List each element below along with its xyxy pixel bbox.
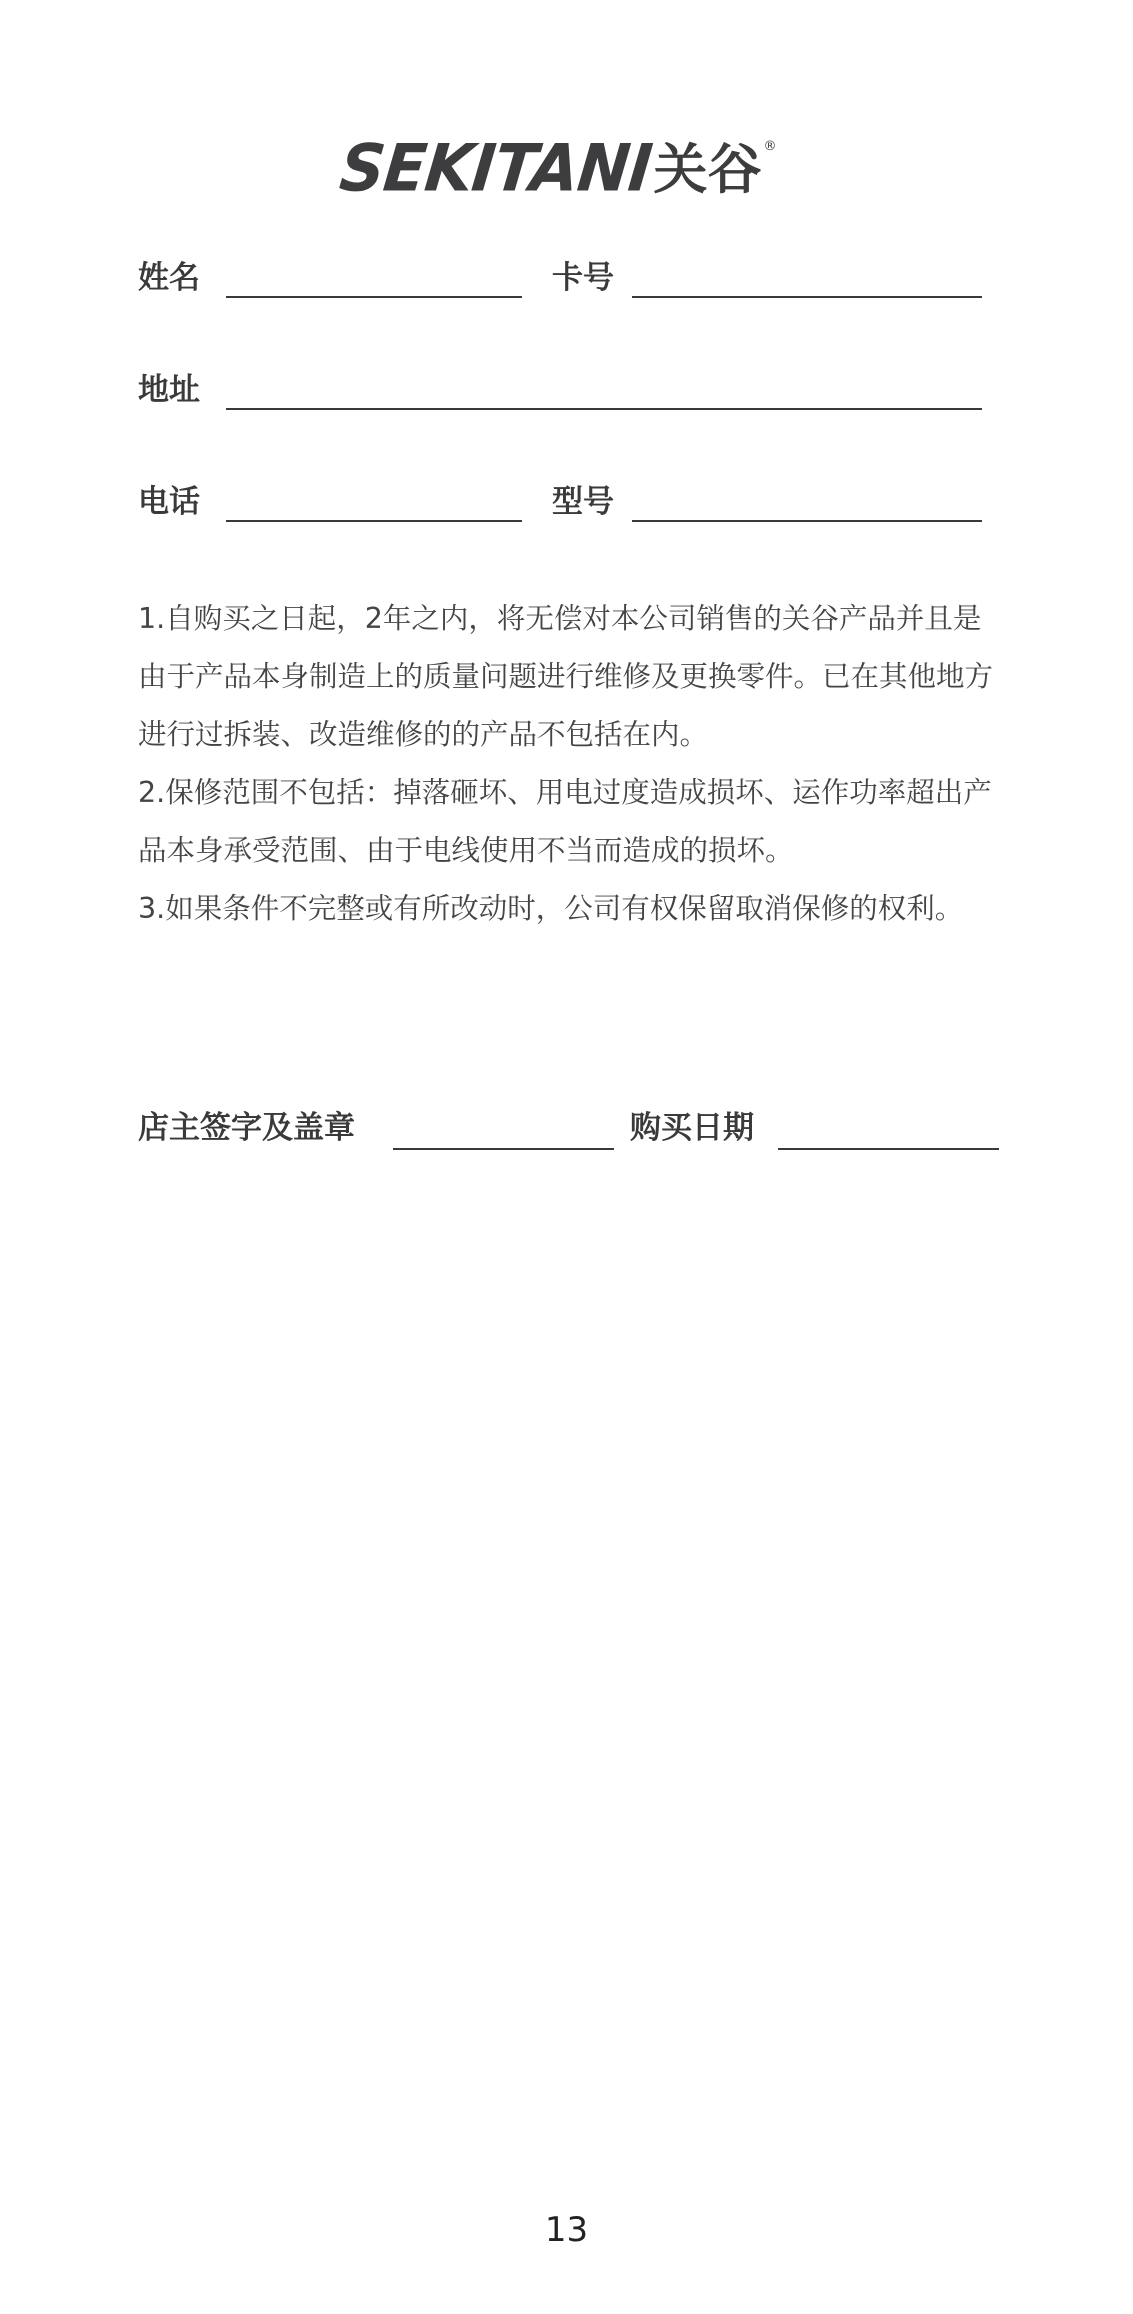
model-label: 型号 bbox=[552, 484, 614, 520]
brand-logo-latin: SEKITANI bbox=[337, 137, 654, 200]
name-label: 姓名 bbox=[138, 260, 200, 296]
address-label: 地址 bbox=[138, 372, 200, 408]
warranty-term-1: 1.自购买之日起，2年之内，将无偿对本公司销售的关谷产品并且是由于产品本身制造上… bbox=[138, 590, 998, 764]
purchase-date-label: 购买日期 bbox=[630, 1110, 754, 1146]
address-field[interactable] bbox=[226, 408, 982, 410]
warranty-term-2: 2.保修范围不包括：掉落砸坏、用电过度造成损坏、运作功率超出产品本身承受范围、由… bbox=[138, 764, 998, 880]
warranty-term-3: 3.如果条件不完整或有所改动时，公司有权保留取消保修的权利。 bbox=[138, 880, 998, 938]
phone-label: 电话 bbox=[138, 484, 200, 520]
card-number-label: 卡号 bbox=[552, 260, 614, 296]
shop-signature-label: 店主签字及盖章 bbox=[138, 1110, 355, 1146]
card-number-field[interactable] bbox=[632, 296, 982, 298]
brand-logo-cjk: 关谷 bbox=[654, 140, 762, 200]
page-number: 13 bbox=[0, 2208, 1133, 2252]
model-field[interactable] bbox=[632, 520, 982, 522]
warranty-terms: 1.自购买之日起，2年之内，将无偿对本公司销售的关谷产品并且是由于产品本身制造上… bbox=[138, 590, 998, 938]
registered-trademark-icon: ® bbox=[764, 140, 777, 153]
shop-signature-field[interactable] bbox=[393, 1148, 614, 1150]
brand-logo: SEKITANI 关谷 ® bbox=[337, 140, 777, 200]
name-field[interactable] bbox=[226, 296, 522, 298]
purchase-date-field[interactable] bbox=[778, 1148, 999, 1150]
phone-field[interactable] bbox=[226, 520, 522, 522]
